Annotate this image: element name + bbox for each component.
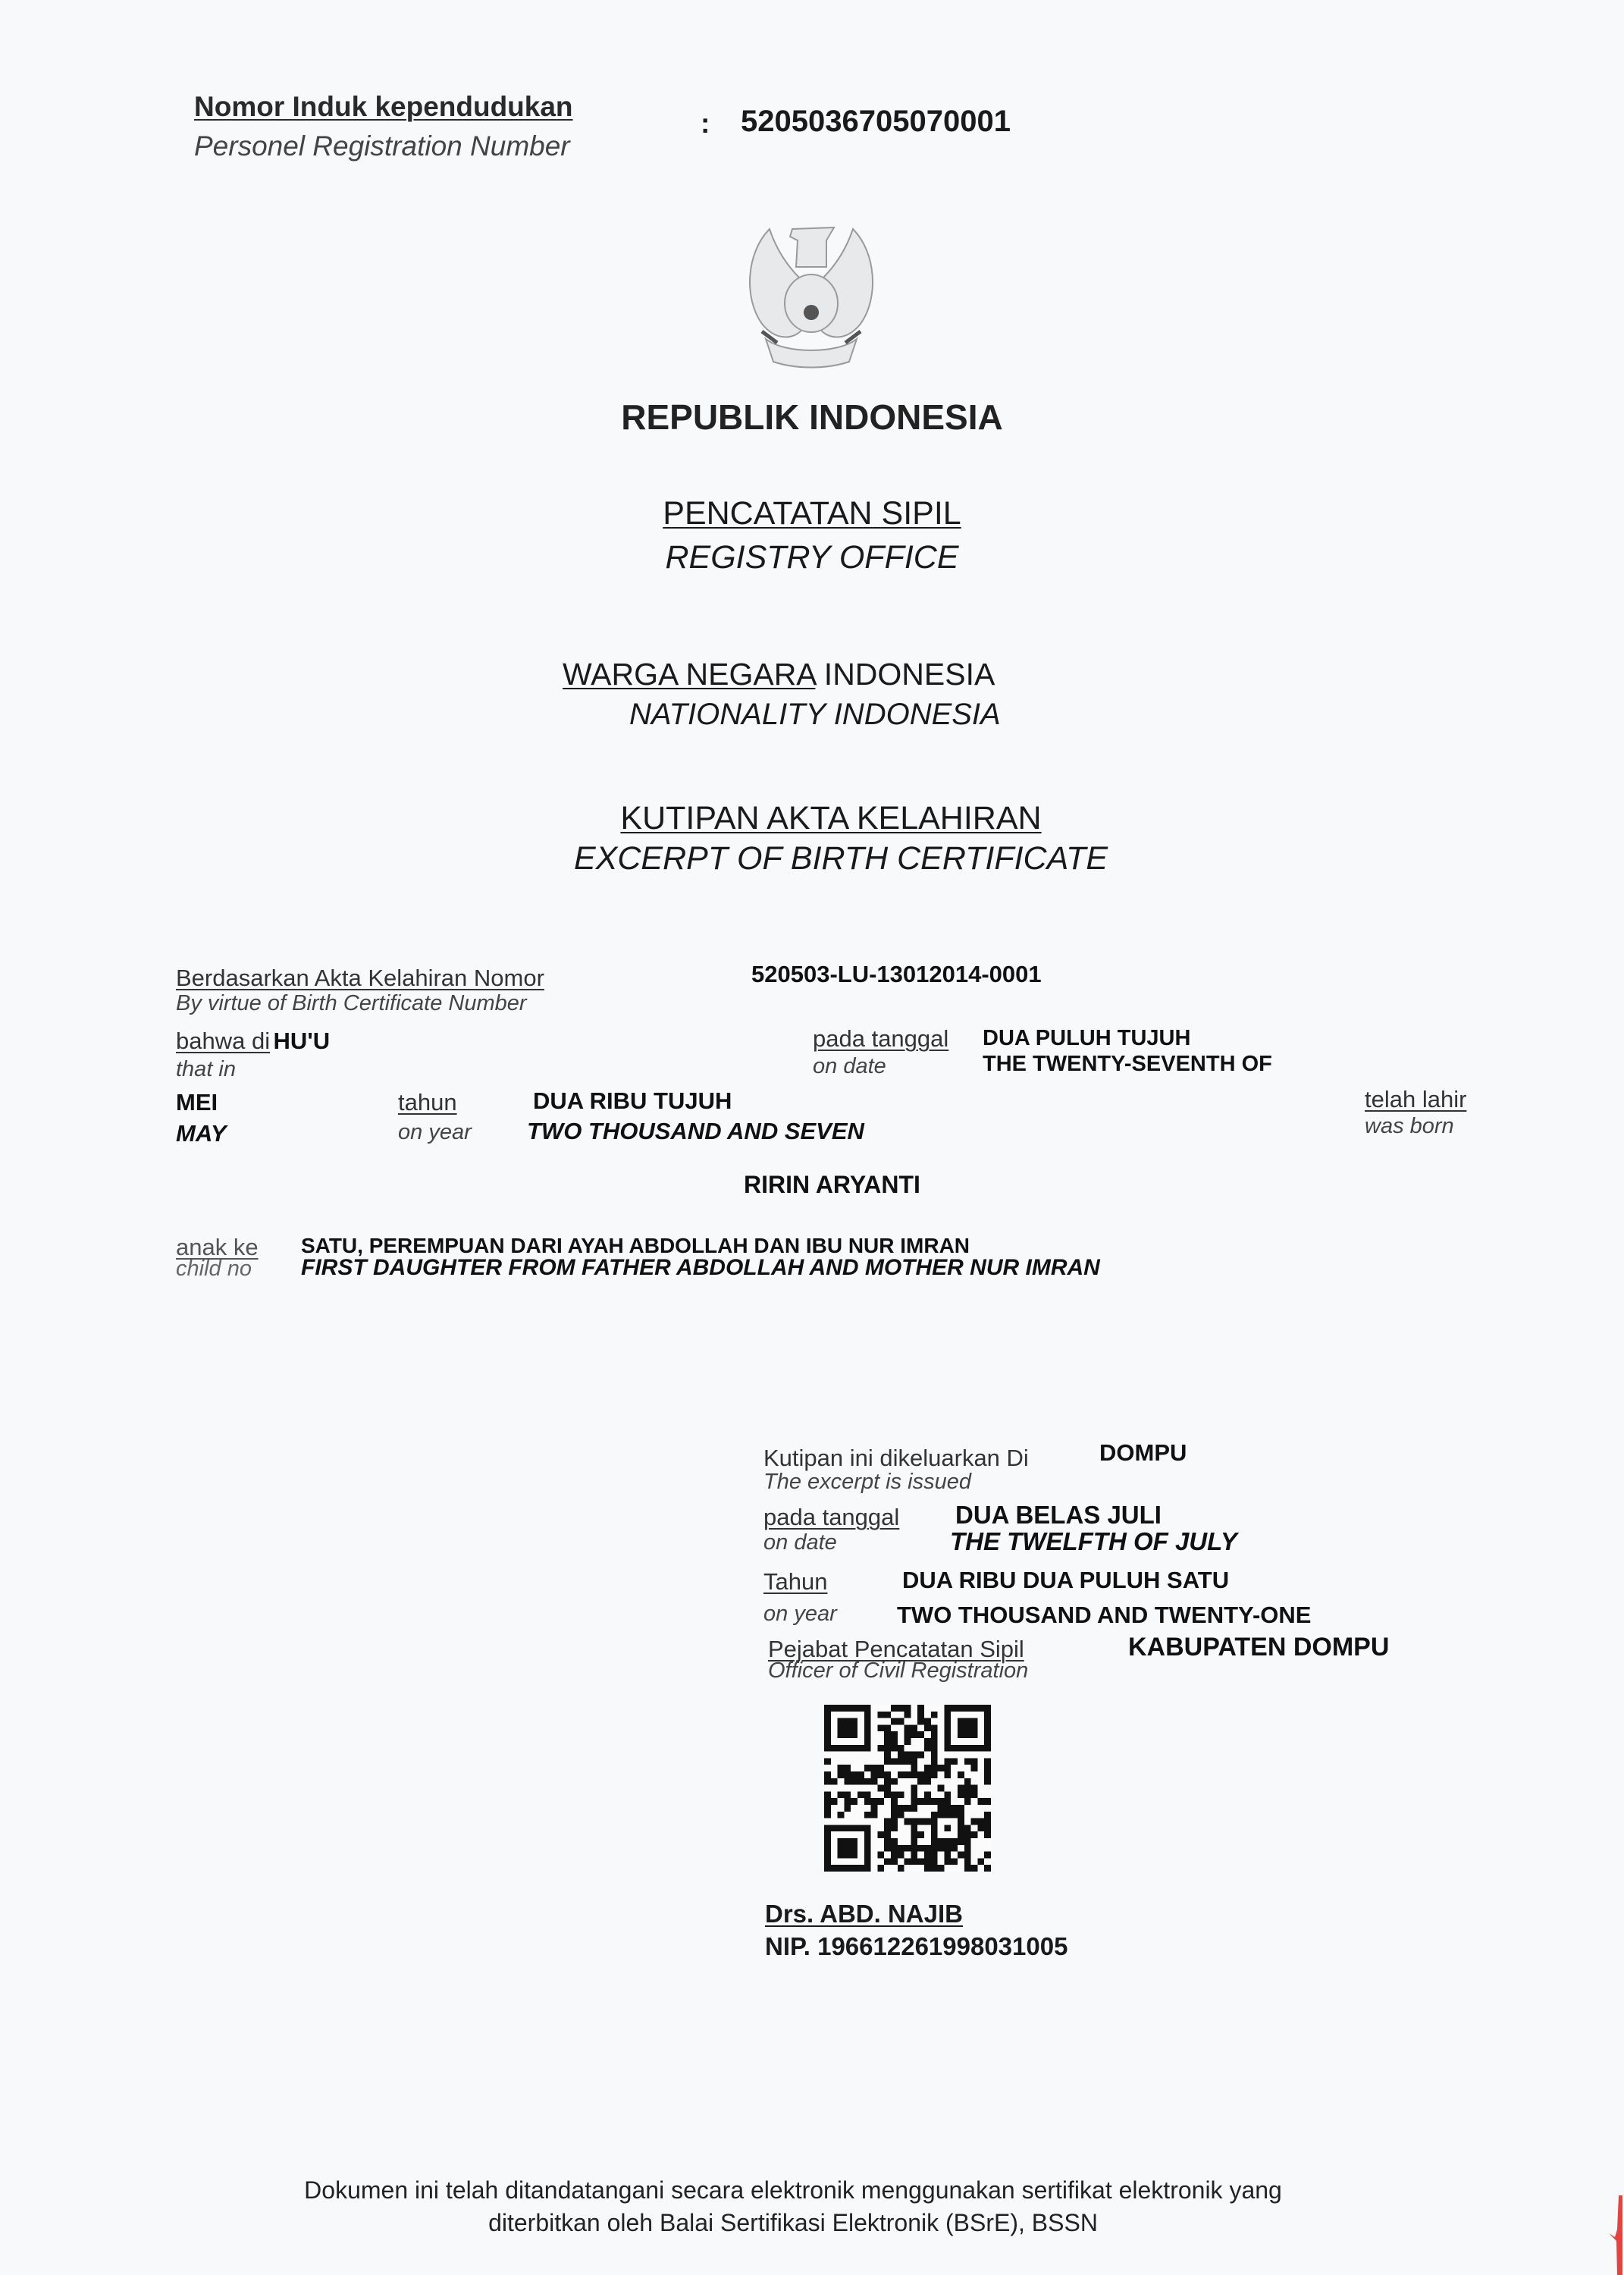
office-title: PENCATATAN SIPIL — [0, 495, 1624, 532]
cert-no-label: Berdasarkan Akta Kelahiran Nomor — [176, 965, 544, 992]
place-value: HU'U — [274, 1028, 331, 1054]
year-value-en: TWO THOUSAND AND SEVEN — [527, 1118, 864, 1145]
nationality: WARGA NEGARA INDONESIA — [563, 657, 995, 692]
garuda-pancasila-emblem-icon — [720, 206, 902, 381]
nationality-label: WARGA NEGARA — [563, 657, 815, 692]
place-label: bahwa di — [176, 1028, 270, 1054]
cert-no-label-en: By virtue of Birth Certificate Number — [176, 991, 527, 1016]
office-title-en: REGISTRY OFFICE — [0, 539, 1624, 576]
child-name: RIRIN ARYANTI — [744, 1171, 920, 1199]
born-label-en: was born — [1365, 1114, 1454, 1139]
nationality-value: INDONESIA — [824, 657, 995, 692]
year-value: DUA RIBU TUJUH — [533, 1087, 732, 1115]
date-value-en: THE TWENTY-SEVENTH OF — [983, 1052, 1272, 1077]
month-value-en: MAY — [176, 1120, 227, 1147]
officer-label-en: Officer of Civil Registration — [768, 1658, 1028, 1683]
place-row: bahwa di HU'U — [176, 1028, 330, 1055]
signer-nip: NIP. 196612261998031005 — [765, 1932, 1068, 1961]
child-no-value-en: FIRST DAUGHTER FROM FATHER ABDOLLAH AND … — [301, 1255, 1100, 1281]
issued-year-value-en: TWO THOUSAND AND TWENTY-ONE — [897, 1602, 1311, 1629]
date-label-en: on date — [813, 1054, 886, 1079]
year-label: tahun — [398, 1089, 457, 1116]
office-name: PENCATATAN SIPIL — [663, 495, 961, 532]
date-value: DUA PULUH TUJUH — [983, 1026, 1190, 1051]
footer-line-1: Dokumen ini telah ditandatangani secara … — [0, 2176, 1624, 2204]
issued-place: DOMPU — [1099, 1439, 1187, 1467]
country-title: REPUBLIK INDONESIA — [0, 397, 1624, 438]
nationality-en: NATIONALITY INDONESIA — [629, 698, 1001, 732]
nik-value: 5205036705070001 — [741, 105, 1011, 139]
issued-year-value: DUA RIBU DUA PULUH SATU — [902, 1567, 1229, 1594]
date-label: pada tanggal — [813, 1025, 948, 1053]
issued-year-label: Tahun — [763, 1568, 827, 1596]
nik-label: Nomor Induk kependudukan — [194, 91, 573, 123]
issued-date-label-en: on date — [763, 1530, 837, 1555]
year-label-en: on year — [398, 1120, 472, 1145]
born-label: telah lahir — [1365, 1086, 1466, 1113]
qr-code-icon[interactable] — [824, 1705, 991, 1872]
place-label-en: that in — [176, 1057, 236, 1082]
cert-no-value: 520503-LU-13012014-0001 — [751, 961, 1042, 988]
issued-date-label: pada tanggal — [763, 1504, 899, 1531]
doc-title-text: KUTIPAN AKTA KELAHIRAN — [620, 800, 1041, 836]
issued-label: Kutipan ini dikeluarkan Di — [763, 1445, 1029, 1472]
issued-year-label-en: on year — [763, 1602, 837, 1627]
month-value: MEI — [176, 1089, 218, 1116]
doc-title: KUTIPAN AKTA KELAHIRAN — [0, 800, 1624, 837]
issued-date-value: DUA BELAS JULI — [955, 1501, 1162, 1530]
issued-label-en: The excerpt is issued — [763, 1470, 971, 1495]
red-stamp-mark-icon — [1600, 2195, 1624, 2275]
footer-line-2: diterbitkan oleh Balai Sertifikasi Elekt… — [0, 2209, 1624, 2237]
nik-separator: : — [701, 108, 710, 140]
doc-title-en: EXCERPT OF BIRTH CERTIFICATE — [574, 840, 1108, 877]
signer-name: Drs. ABD. NAJIB — [765, 1900, 963, 1928]
nik-label-en: Personel Registration Number — [194, 130, 570, 162]
officer-region: KABUPATEN DOMPU — [1128, 1633, 1389, 1662]
issued-date-value-en: THE TWELFTH OF JULY — [950, 1527, 1237, 1556]
child-no-label-en: child no — [176, 1257, 252, 1282]
